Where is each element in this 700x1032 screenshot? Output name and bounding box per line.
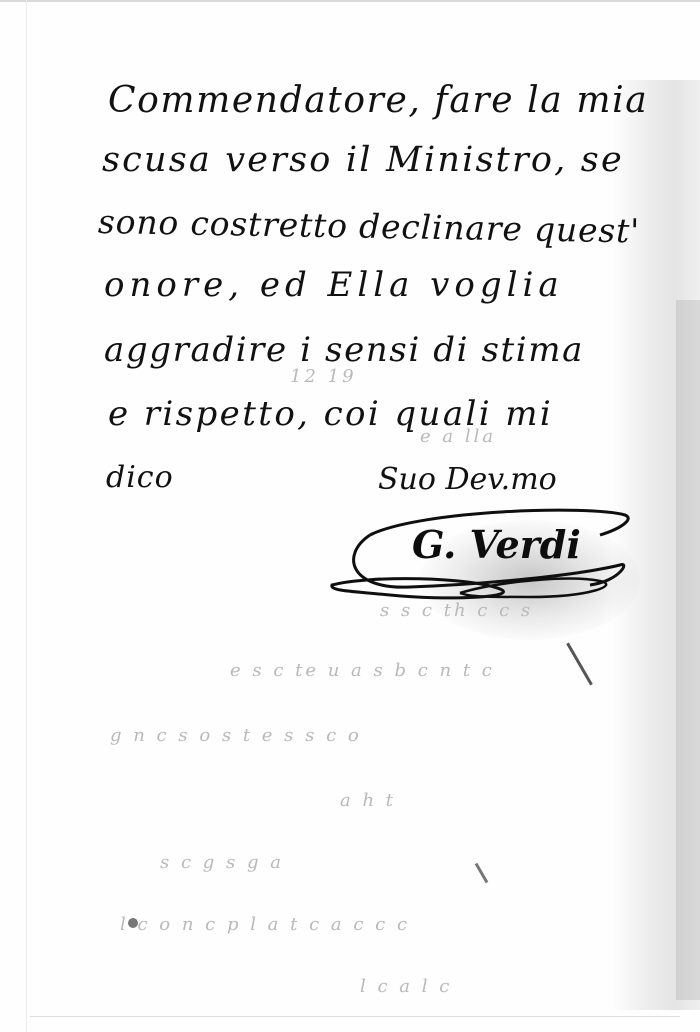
letter-line-2: scusa verso il Ministro, se — [102, 140, 624, 180]
ink-blot — [128, 918, 138, 928]
letter-line-1: Commendatore, fare la mia — [108, 80, 648, 121]
letter-line-7: dico — [106, 460, 174, 495]
page-fold-line — [26, 0, 27, 1032]
bleed-through-line: s c g s g a — [160, 852, 284, 873]
bleed-through-line: e s c te u a s b c n t c — [230, 660, 495, 681]
bleed-through-line: l c o n c p l a t c a c c c — [120, 914, 410, 935]
signature-name: G. Verdi — [412, 522, 581, 567]
letter-line-4: onore, ed Ella voglia — [104, 265, 564, 305]
letter-line-3: sono costretto declinare quest' — [98, 202, 641, 250]
letter-line-6: e rispetto, coi quali mi — [108, 394, 553, 434]
letter-page: 12 19 e a lla s s c th c c s e s c te u … — [0, 0, 700, 1032]
page-edge-shadow — [676, 300, 700, 1000]
letter-line-5: aggradire i sensi di stima — [104, 330, 584, 370]
page-bottom-edge — [30, 1016, 680, 1017]
ink-stroke-mark — [475, 863, 489, 884]
closing-salutation: Suo Dev.mo — [378, 462, 557, 497]
bleed-through-line: g n c s o s t e s s c o — [110, 725, 362, 746]
bleed-through-line: l c a l c — [360, 976, 452, 997]
bleed-through-line: a h t — [340, 790, 396, 811]
page-top-edge — [0, 0, 700, 2]
ink-stroke-mark — [566, 642, 593, 685]
